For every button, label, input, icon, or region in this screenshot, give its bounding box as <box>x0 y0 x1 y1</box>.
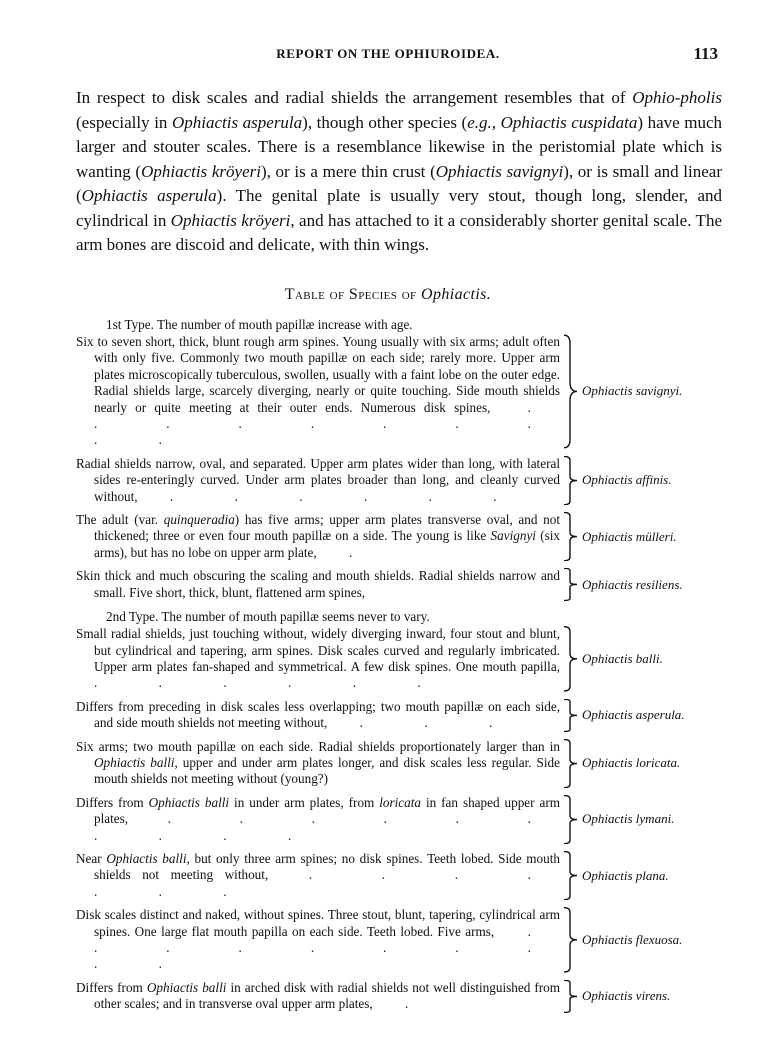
intro-paragraph: In respect to disk scales and radial shi… <box>76 86 722 258</box>
text-run: Small radial shields, just touching with… <box>76 626 560 674</box>
curly-brace-icon <box>562 699 580 732</box>
italic-term: Ophiactis balli <box>106 851 186 866</box>
species-description: Six to seven short, thick, blunt rough a… <box>76 334 560 449</box>
curly-brace-icon <box>562 907 580 973</box>
running-title: REPORT ON THE OPHIUROIDEA. <box>0 46 776 62</box>
species-name: Ophiactis asperula. <box>580 707 685 723</box>
species-entry: The adult (var. quinqueradia) has five a… <box>76 512 726 561</box>
type-heading: 1st Type. The number of mouth papillæ in… <box>76 316 726 333</box>
italic-term: Ophiactis balli <box>147 980 227 995</box>
page-header: REPORT ON THE OPHIUROIDEA. 113 <box>0 44 776 68</box>
italic-term: Ophiactis balli <box>149 795 229 810</box>
species-description: Radial shields narrow, oval, and separat… <box>76 456 560 505</box>
text-run: (especially in <box>76 113 172 132</box>
italic-term: Ophiactis balli <box>94 755 174 770</box>
species-description: Six arms; two mouth papillæ on each side… <box>76 739 560 788</box>
species-description: Differs from preceding in disk scales le… <box>76 699 560 732</box>
text-run: Near <box>76 851 106 866</box>
italic-term: Ophiactis asperula <box>172 113 302 132</box>
species-description: Skin thick and much obscuring the scalin… <box>76 568 560 601</box>
text-run: In respect to disk scales and radial shi… <box>76 88 632 107</box>
page-number: 113 <box>693 44 718 64</box>
species-description: Differs from Ophiactis balli in arched d… <box>76 980 560 1013</box>
species-name: Ophiactis flexuosa. <box>580 932 682 948</box>
species-description: Near Ophiactis balli, but only three arm… <box>76 851 560 900</box>
text-run: Skin thick and much obscuring the scalin… <box>76 568 560 599</box>
species-name: Ophiactis mülleri. <box>580 529 677 545</box>
curly-brace-icon <box>562 739 580 788</box>
italic-term: Ophiactis kröyeri <box>141 162 261 181</box>
curly-brace-icon <box>562 568 580 601</box>
table-title-label: Table of Species of <box>285 286 417 303</box>
italic-term: loricata <box>379 795 421 810</box>
species-description: The adult (var. quinqueradia) has five a… <box>76 512 560 561</box>
species-entry: Disk scales distinct and naked, without … <box>76 907 726 973</box>
curly-brace-icon <box>562 795 580 844</box>
curly-brace-icon <box>562 851 580 900</box>
species-name: Ophiactis plana. <box>580 868 669 884</box>
intro-text: In respect to disk scales and radial shi… <box>76 86 722 258</box>
leader-dots: . . . . . . . . . . <box>94 811 560 842</box>
text-run: in under arm plates, from <box>229 795 379 810</box>
curly-brace-icon <box>562 626 580 692</box>
species-description: Differs from Ophiactis balli in under ar… <box>76 795 560 844</box>
curly-brace-icon <box>562 456 580 505</box>
table-title: Table of Species of Ophiactis. <box>0 286 776 304</box>
text-run: ), though other species ( <box>302 113 467 132</box>
species-name: Ophiactis loricata. <box>580 755 680 771</box>
species-description: Small radial shields, just touching with… <box>76 626 560 692</box>
text-run: Six to seven short, thick, blunt rough a… <box>76 334 560 415</box>
curly-brace-icon <box>562 980 580 1013</box>
species-name: Ophiactis resiliens. <box>580 577 683 593</box>
type-heading: 2nd Type. The number of mouth papillæ se… <box>76 608 726 625</box>
leader-dots: . <box>373 996 438 1011</box>
species-entry: Differs from preceding in disk scales le… <box>76 699 726 732</box>
species-description: Disk scales distinct and naked, without … <box>76 907 560 973</box>
species-table: 1st Type. The number of mouth papillæ in… <box>76 316 726 1020</box>
species-entry: Radial shields narrow, oval, and separat… <box>76 456 726 505</box>
species-name: Ophiactis virens. <box>580 988 670 1004</box>
species-entry: Six to seven short, thick, blunt rough a… <box>76 334 726 449</box>
text-run: Differs from <box>76 795 149 810</box>
text-run: Disk scales distinct and naked, without … <box>76 907 560 938</box>
leader-dots: . <box>317 545 382 560</box>
italic-term: Ophiactis asperula <box>82 186 217 205</box>
text-run: ), or is a mere thin crust ( <box>261 162 436 181</box>
species-name: Ophiactis savignyi. <box>580 383 682 399</box>
italic-term: Savignyi <box>491 528 536 543</box>
text-run: Six arms; two mouth papillæ on each side… <box>76 739 560 754</box>
italic-term: e.g., Ophiactis cuspidata <box>467 113 637 132</box>
italic-term: quinqueradia <box>164 512 235 527</box>
species-entry: Differs from Ophiactis balli in under ar… <box>76 795 726 844</box>
leader-dots: . . . . . . <box>94 675 450 690</box>
species-entry: Skin thick and much obscuring the scalin… <box>76 568 726 601</box>
species-entry: Differs from Ophiactis balli in arched d… <box>76 980 726 1013</box>
leader-dots: . . . . . . <box>138 489 526 504</box>
species-name: Ophiactis lymani. <box>580 811 674 827</box>
table-title-genus: Ophiactis. <box>421 286 491 303</box>
curly-brace-icon <box>562 334 580 449</box>
italic-term: Ophiactis kröyeri <box>171 211 291 230</box>
text-run: The adult (var. <box>76 512 164 527</box>
species-name: Ophiactis balli. <box>580 651 663 667</box>
leader-dots: . . . <box>327 715 521 730</box>
italic-term: Ophio-pholis <box>632 88 722 107</box>
species-entry: Six arms; two mouth papillæ on each side… <box>76 739 726 788</box>
species-entry: Near Ophiactis balli, but only three arm… <box>76 851 726 900</box>
species-name: Ophiactis affinis. <box>580 472 672 488</box>
species-entry: Small radial shields, just touching with… <box>76 626 726 692</box>
italic-term: Ophiactis savignyi <box>436 162 563 181</box>
text-run: Differs from <box>76 980 147 995</box>
curly-brace-icon <box>562 512 580 561</box>
